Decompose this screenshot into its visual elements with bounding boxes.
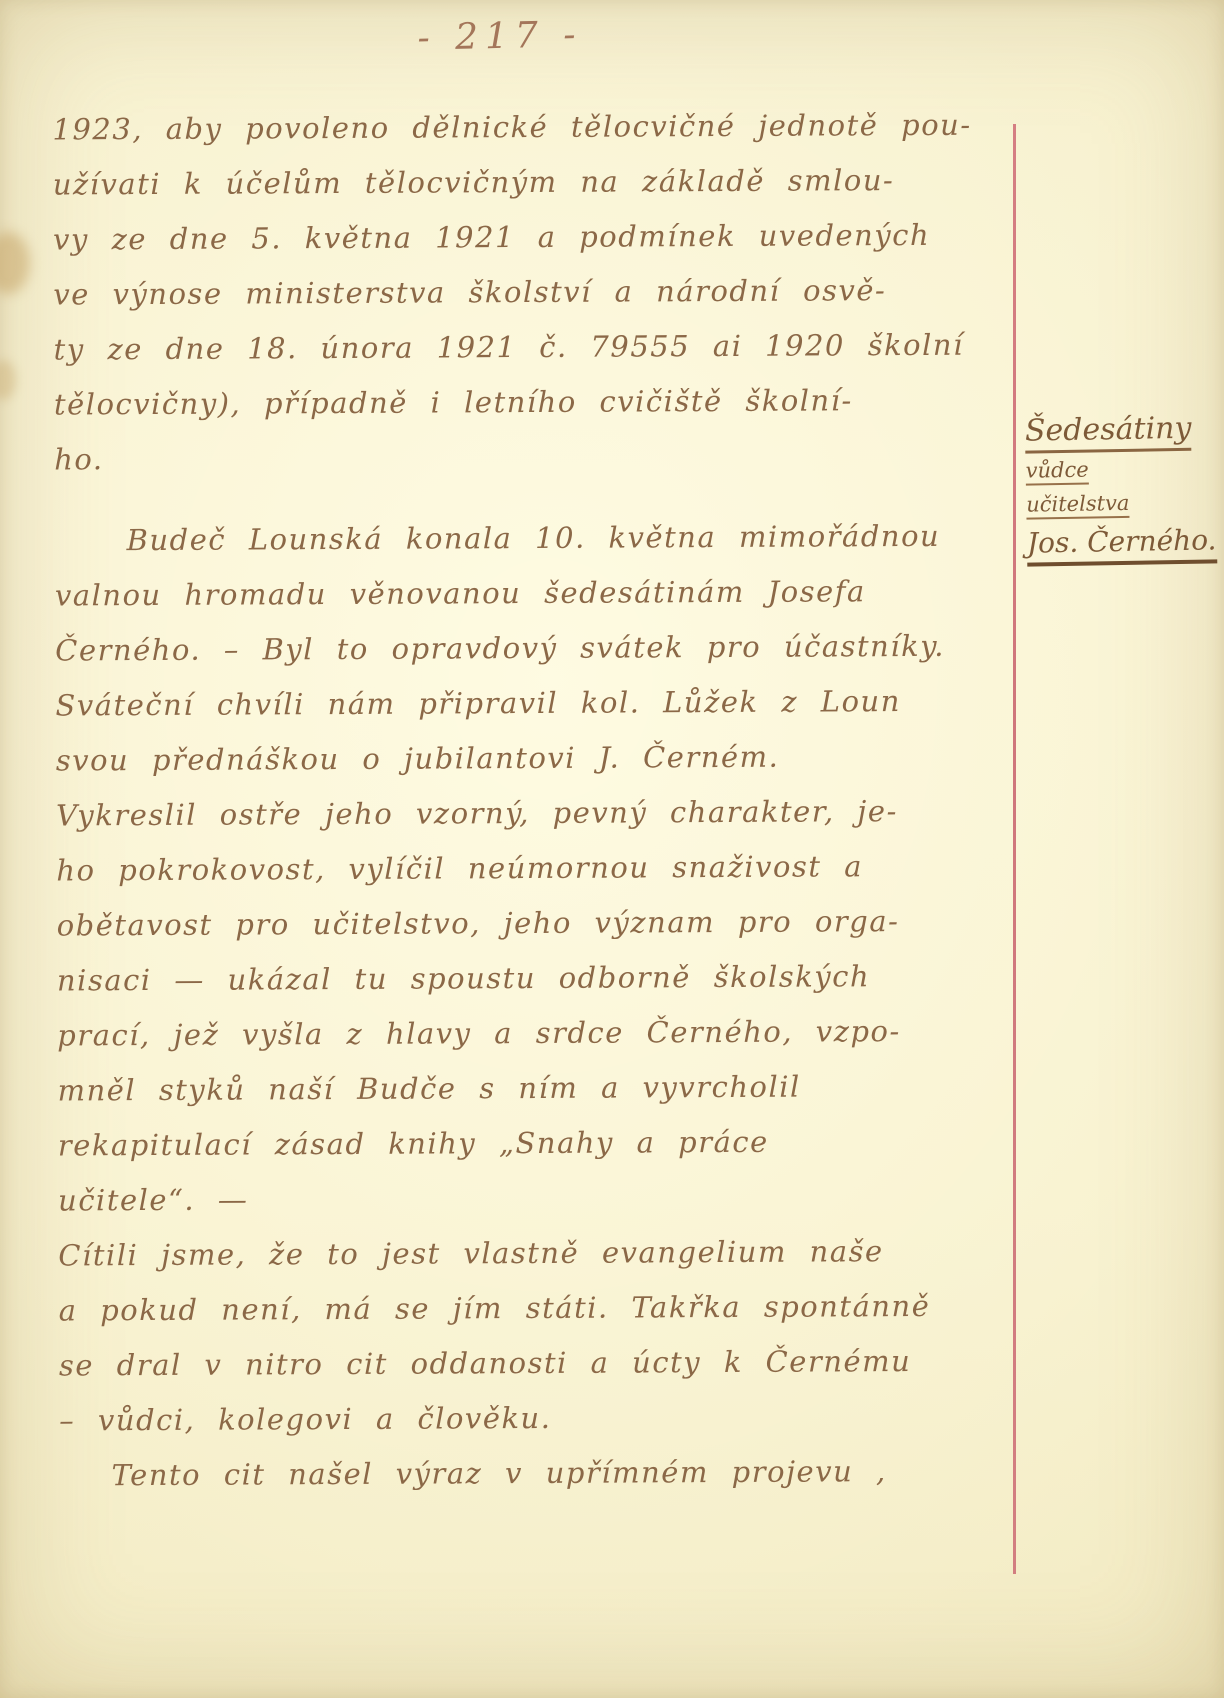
handwritten-line: ve výnose ministerstva školství a národn… [53, 263, 1003, 323]
handwritten-line: užívati k účelům tělocvičným na základě … [53, 153, 1003, 213]
handwritten-line: rekapitulací zásad knihy „Snahy a práce [58, 1114, 1008, 1174]
margin-note-line: vůdce [1025, 455, 1215, 482]
handwritten-body: 1923, aby povoleno dělnické tělocvičné j… [52, 98, 1009, 1504]
handwritten-line: ty ze dne 18. února 1921 č. 79555 ai 192… [53, 318, 1003, 378]
handwritten-line: ho pokrokovost, vylíčil neúmornou snaživ… [56, 839, 1006, 899]
margin-note: Šedesátiny vůdce učitelstva Jos. Černého… [1025, 410, 1218, 569]
manuscript-page: - 217 - 1923, aby povoleno dělnické tělo… [0, 0, 1224, 1698]
handwritten-line: Vykreslil ostře jeho vzorný, pevný chara… [56, 784, 1006, 844]
margin-note-text: Šedesátiny [1025, 411, 1192, 454]
handwritten-line: se dral v nitro cit oddanosti a úcty k Č… [59, 1334, 1009, 1394]
handwritten-line: vy ze dne 5. května 1921 a podmínek uved… [53, 208, 1003, 268]
margin-note-text: učitelstva [1026, 491, 1130, 520]
handwritten-line: Budeč Lounská konala 10. května mimořádn… [54, 509, 1004, 569]
handwritten-line: 1923, aby povoleno dělnické tělocvičné j… [52, 98, 1002, 158]
handwritten-line: Černého. – Byl to opravdový svátek pro ú… [55, 619, 1005, 679]
page-number: - 217 - [350, 13, 651, 60]
margin-note-name: Jos. Černého. [1027, 523, 1218, 559]
handwritten-line: valnou hromadu věnovanou šedesátinám Jos… [55, 564, 1005, 624]
handwritten-line: a pokud není, má se jím státi. Takřka sp… [59, 1279, 1009, 1339]
handwritten-line: – vůdci, kolegovi a člověku. [59, 1389, 1009, 1449]
handwritten-line: Tento cit našel výraz v upřímném projevu… [59, 1444, 1009, 1504]
handwritten-line: učitele“. — [58, 1169, 1008, 1229]
margin-note-text: Jos. Černého. [1027, 523, 1217, 566]
margin-note-text: vůdce [1025, 458, 1088, 486]
margin-note-line: učitelstva [1026, 489, 1216, 516]
red-margin-rule [1013, 124, 1016, 1574]
handwritten-line: Sváteční chvíli nám připravil kol. Lůžek… [55, 674, 1005, 734]
handwritten-line: tělocvičny), případně i letního cvičiště… [54, 373, 1004, 433]
handwritten-line: obětavost pro učitelstvo, jeho význam pr… [57, 894, 1007, 954]
handwritten-line: Cítili jsme, že to jest vlastně evangeli… [58, 1224, 1008, 1284]
paper-stain [0, 360, 16, 400]
paper-stain [0, 232, 30, 294]
handwritten-line: nisaci — ukázal tu spoustu odborně škols… [57, 949, 1007, 1009]
margin-note-title: Šedesátiny [1025, 410, 1216, 448]
handwritten-line: ho. [54, 428, 1004, 488]
handwritten-line: mněl styků naší Budče s ním a vyvrcholil [57, 1059, 1007, 1119]
handwritten-line: prací, jež vyšla z hlavy a srdce Černého… [57, 1004, 1007, 1064]
handwritten-line: svou přednáškou o jubilantovi J. Černém. [56, 729, 1006, 789]
